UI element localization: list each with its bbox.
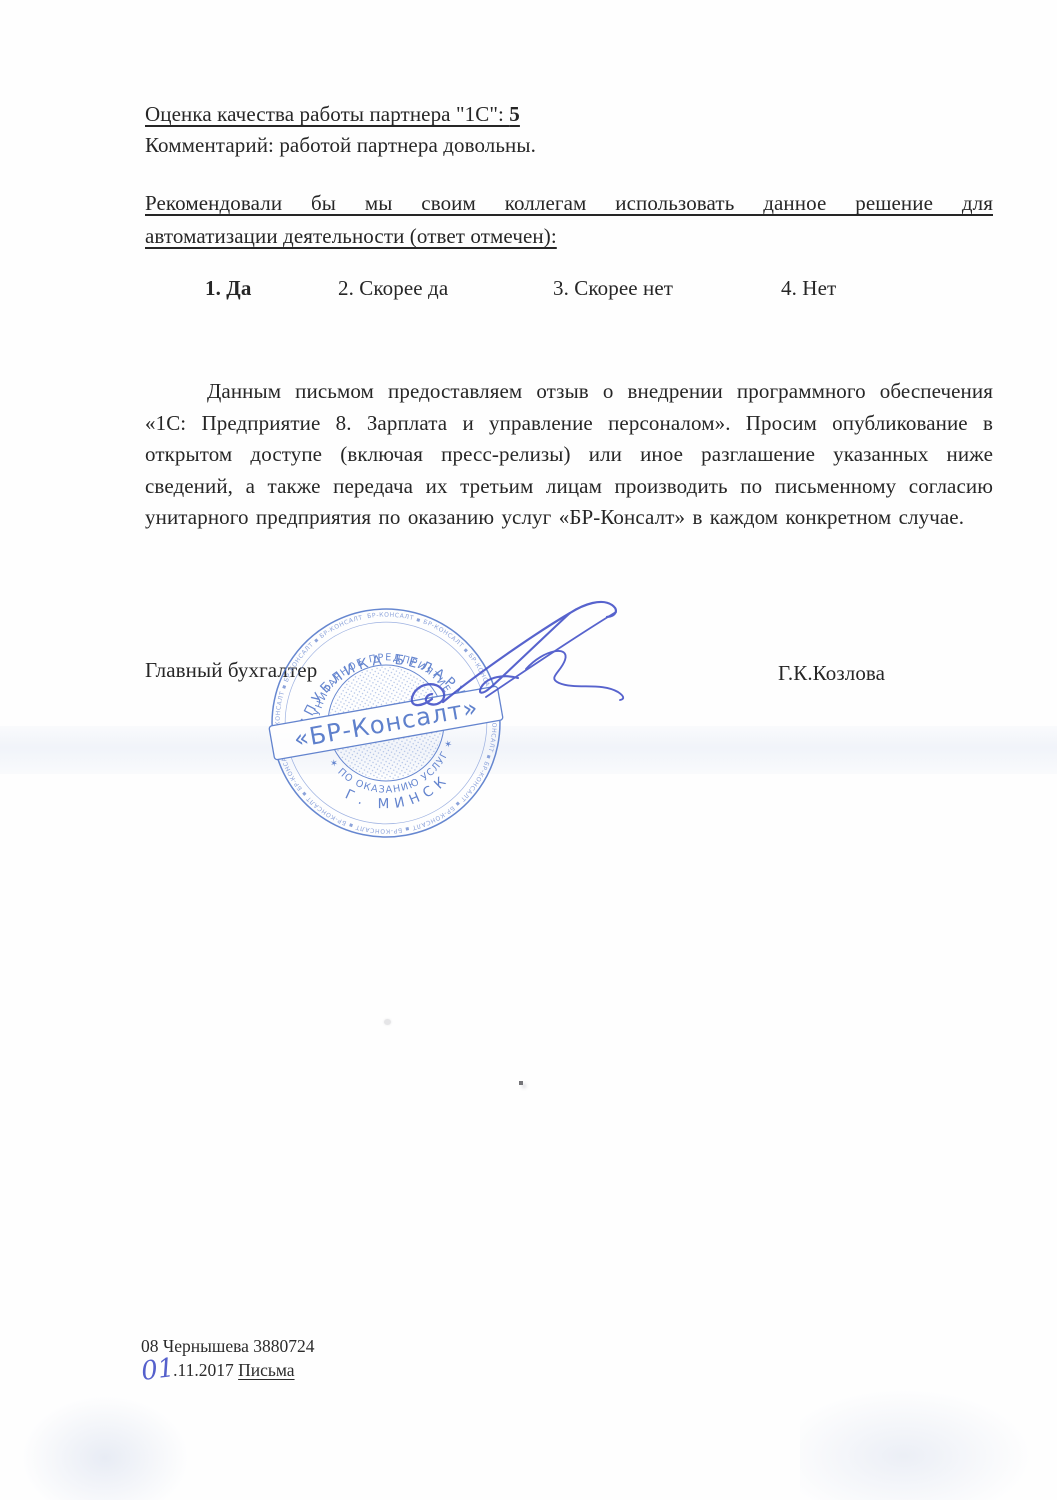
answer-options-row: 1. Да 2. Скорее да 3. Скорее нет 4. Нет [0,273,1057,304]
scan-speck [384,1019,391,1025]
scan-speck [519,1081,523,1085]
answer-option-no: 4. Нет [781,273,836,304]
recommend-heading: Рекомендовали бы мы своим коллегам испол… [145,187,993,253]
scanner-smudge [20,1395,190,1500]
signer-name: Г.К.Козлова [778,658,885,689]
recommend-heading-line2: автоматизации деятельности (ответ отмече… [145,220,993,253]
answer-option-yes: 1. Да [205,273,251,304]
footer-date-line: 01.11.2017 Письма [141,1358,315,1382]
answer-option-rather-yes: 2. Скорее да [338,273,448,304]
handwritten-signature [398,585,648,720]
partner-rating-value: 5 [509,102,520,126]
handwritten-day: 01 [140,1358,175,1382]
recommend-heading-line1: Рекомендовали бы мы своим коллегам испол… [145,187,993,220]
partner-rating-line: Оценка качества работы партнера "1С": 5 [145,99,520,130]
body-paragraph: Данным письмом предоставляем отзыв о вне… [145,376,993,534]
scanned-letter-page: Оценка качества работы партнера "1С": 5 … [0,0,1057,1500]
footer-block: 08 Чернышева 3880724 01.11.2017 Письма [141,1334,315,1382]
footer-date-suffix: .11.2017 [173,1360,238,1380]
partner-rating-label: Оценка качества работы партнера "1С": [145,102,509,126]
scanner-artifact-band [0,726,1057,774]
comment-line: Комментарий: работой партнера довольны. [145,130,536,161]
answer-option-rather-no: 3. Скорее нет [553,273,673,304]
scanner-smudge [800,1390,1030,1500]
signature-svg [398,585,648,720]
footer-doc-type: Письма [238,1360,294,1380]
